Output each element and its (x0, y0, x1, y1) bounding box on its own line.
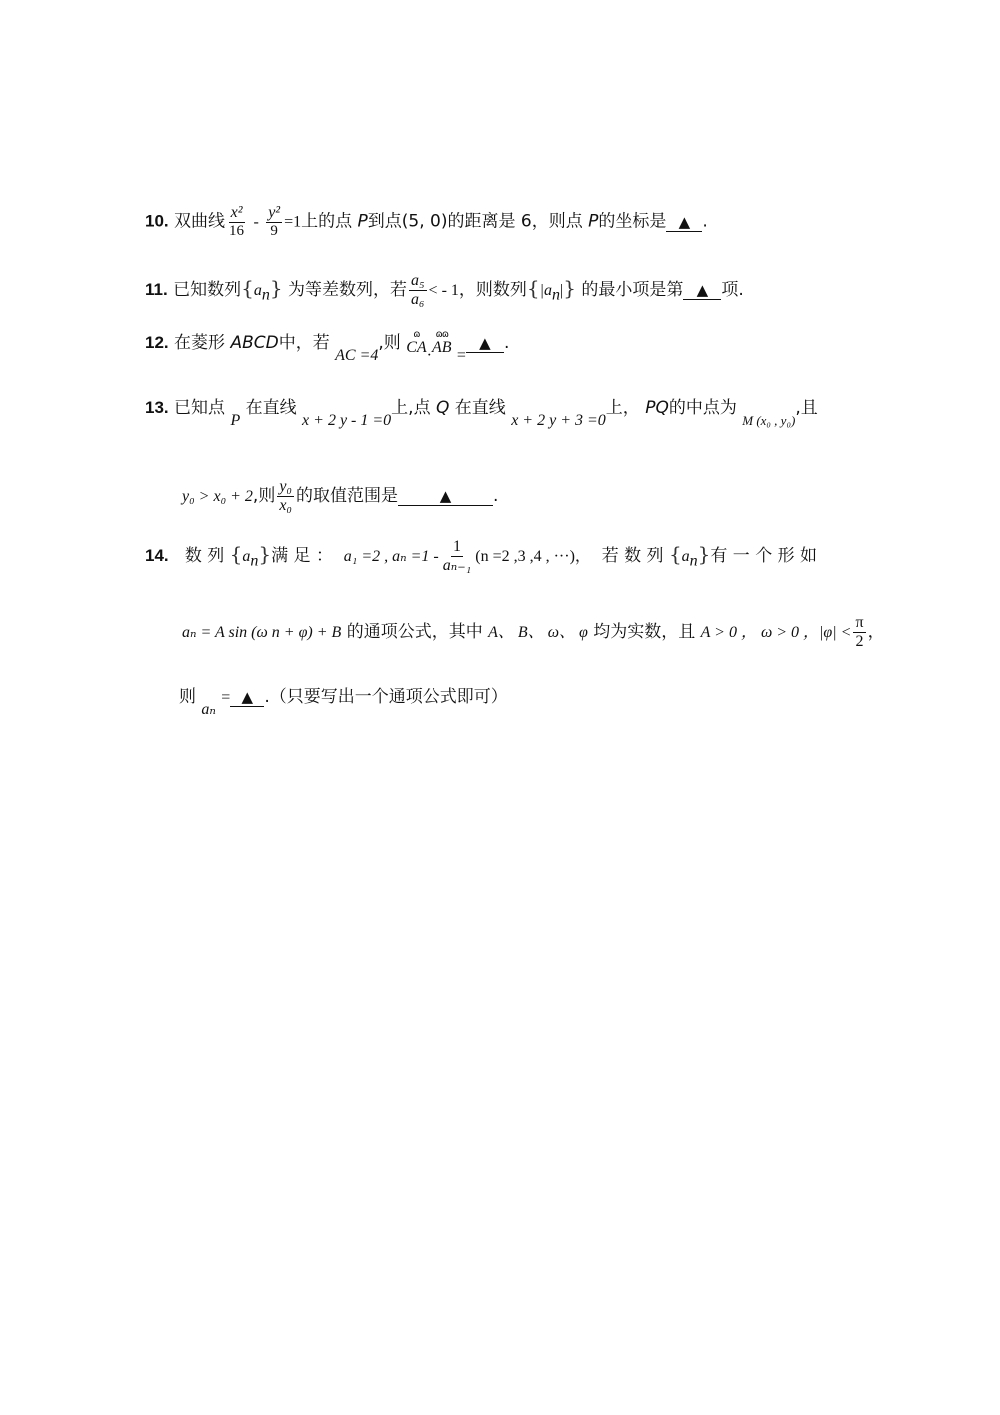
answer-blank[interactable]: ▲ (230, 689, 264, 707)
answer-blank[interactable]: ▲ (683, 282, 721, 300)
triangle-icon: ▲ (679, 213, 691, 231)
left-brace-icon: { (527, 276, 540, 300)
vector-CA: ɷCA (406, 330, 426, 356)
question-number: 13. (145, 398, 169, 417)
left-brace-icon: { (230, 542, 243, 566)
question-13: 13. 已知点 P 在直线 x + 2 y - 1 =0上,点 Q 在直线 x … (145, 393, 818, 418)
fraction-y2-9: y²9 (266, 204, 282, 239)
triangle-icon: ▲ (242, 688, 254, 706)
fraction-1-an-1: 1aₙ₋₁ (441, 538, 474, 574)
right-brace-icon: } (270, 276, 283, 300)
answer-blank[interactable]: ▲ (466, 335, 504, 353)
question-number: 10. (145, 212, 169, 231)
fraction-y0-x0: y₀x₀ (277, 478, 294, 514)
question-number: 11. (145, 280, 168, 299)
vector-AB: ɷɷAB (432, 330, 452, 356)
fraction-pi-2: π2 (853, 614, 865, 650)
text: 双曲线 (174, 212, 225, 232)
question-10: 10. 双曲线x²16 - y²9=1上的点 P到点(5, 0)的距离是 6，则… (145, 204, 708, 239)
right-brace-icon: } (698, 542, 711, 566)
question-14-cont-1: aₙ = A sin (ω n + φ) + B 的通项公式，其中 A、 B、 … (182, 614, 885, 650)
answer-blank[interactable]: ▲ (666, 214, 702, 232)
answer-blank[interactable]: ▲ (398, 488, 493, 506)
question-14: 14. 数 列 {an}满 足 ： a₁ =2 , aₙ =1 -1aₙ₋₁(n… (145, 538, 817, 574)
question-number: 14. (145, 546, 169, 565)
right-brace-icon: } (258, 542, 271, 566)
left-brace-icon: { (669, 542, 682, 566)
question-number: 12. (145, 333, 169, 352)
triangle-icon: ▲ (479, 334, 491, 352)
left-brace-icon: { (241, 276, 254, 300)
fraction-a5-a6: a₅a₆ (409, 272, 427, 308)
question-14-cont-2: 则 aₙ =▲.（只要写出一个通项公式即可） (179, 682, 508, 707)
triangle-icon: ▲ (440, 487, 452, 505)
right-brace-icon: } (563, 276, 576, 300)
triangle-icon: ▲ (697, 281, 709, 299)
fraction-x2-16: x²16 (227, 204, 246, 239)
question-11: 11. 已知数列{an} 为等差数列，若a₅a₆< - 1，则数列{|an|} … (145, 272, 744, 308)
question-13-cont: y₀ > x₀ + 2,则y₀x₀的取值范围是▲. (182, 478, 498, 514)
question-12: 12. 在菱形 ABCD中，若 AC =4,则 ɷCA·ɷɷAB =▲. (145, 328, 509, 356)
